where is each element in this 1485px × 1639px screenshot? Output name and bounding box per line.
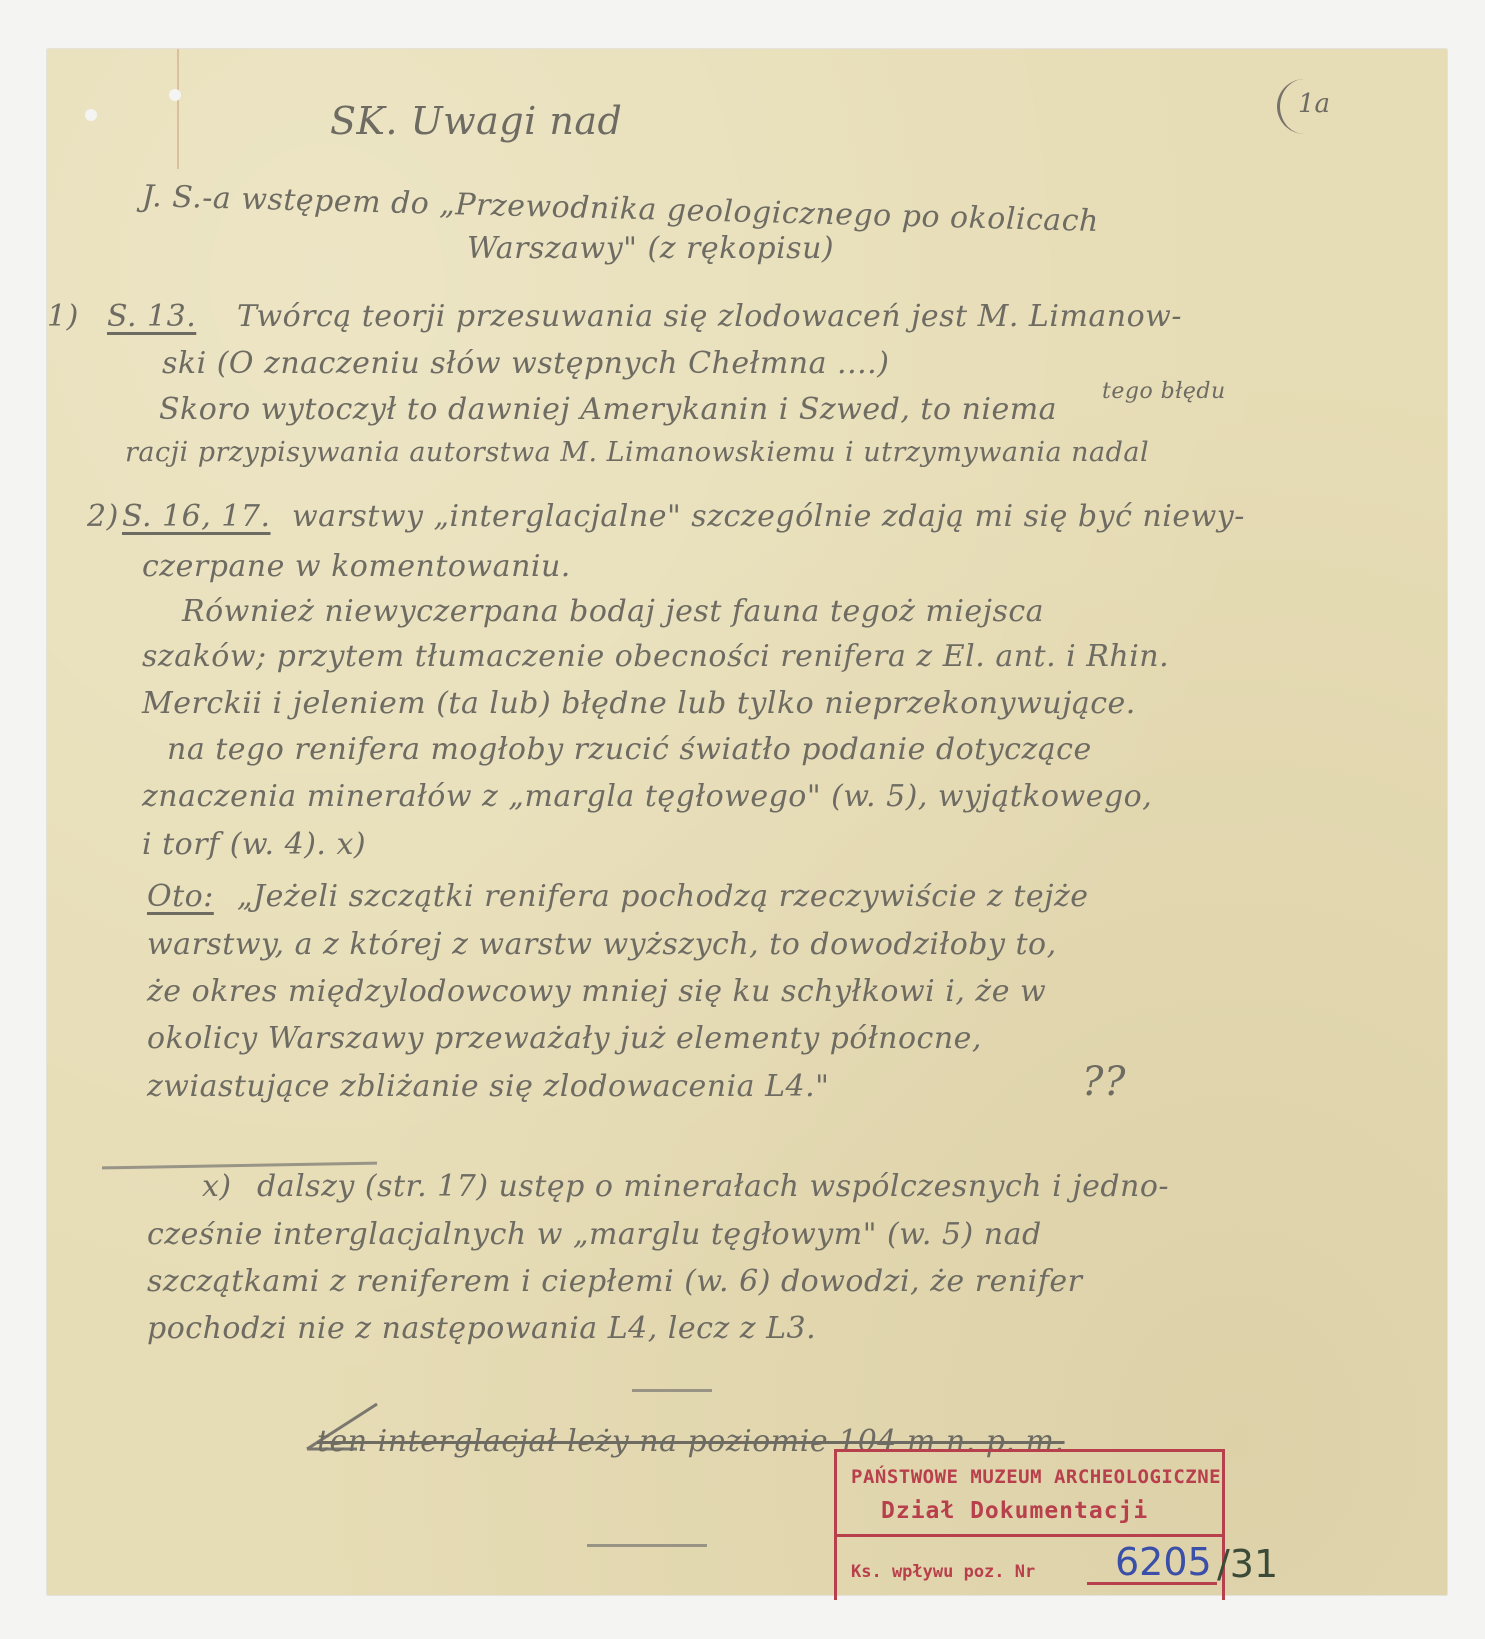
short-rule [587,1544,707,1547]
footnote-line: szczątkami z reniferem i ciepłemi (w. 6)… [147,1264,1082,1299]
title-line-1: SK. Uwagi nad [330,99,622,143]
quote-label: Oto: [147,879,214,914]
stamp-register-number: 6205 [1115,1540,1212,1584]
section-2-number: 2) [87,499,119,534]
section-2-line: Również niewyczerpana bodaj jest fauna t… [182,594,1044,629]
footnote-line: pochodzi nie z następowania L4, lecz z L… [147,1311,816,1346]
footnote-line: dalszy (str. 17) ustęp o minerałach wspó… [257,1169,1169,1204]
section-1-line: ski (O znaczeniu słów wstępnych Chełmna … [162,346,889,381]
short-rule [632,1389,712,1392]
section-1-line: racji przypisywania autorstwa M. Limanow… [125,437,1149,468]
section-2-line: na tego renifera mogłoby rzucić światło … [167,732,1092,767]
section-2-line: czerpane w komentowaniu. [142,549,571,584]
section-1-line: Skoro wytoczył to dawniej Amerykanin i S… [159,392,1057,427]
section-2-line: Merckii i jeleniem (ta lub) błędne lub t… [142,686,1136,721]
stamp-register-suffix: /31 [1217,1542,1278,1586]
section-1-number: 1) [47,299,79,334]
footnote-marker: x) [202,1169,232,1204]
section-2-line: i torf (w. 4). x) [142,827,366,862]
stamp-divider [837,1534,1222,1537]
stamp-register-label: Ks. wpływu poz. Nr [851,1562,1035,1582]
quote-line: warstwy, a z której z warstw wyższych, t… [147,927,1057,962]
footnote-line: cześnie interglacjalnych w „marglu tęgło… [147,1217,1042,1252]
section-2-line: znaczenia minerałów z „margla tęgłowego"… [142,779,1152,814]
document-page: 1a SK. Uwagi nad J. S.-a wstępem do „Prz… [47,49,1447,1595]
quote-line: okolicy Warszawy przeważały już elementy… [147,1021,982,1056]
section-2-ref: S. 16, 17. [122,499,271,534]
section-1-ref: S. 13. [107,299,196,334]
paper-hole [169,89,181,101]
section-2-line: szaków; przytem tłumaczenie obecności re… [142,639,1169,674]
title-line-3: Warszawy" (z rękopisu) [467,231,834,266]
stamp-institution: PAŃSTWOWE MUZEUM ARCHEOLOGICZNE [851,1466,1221,1488]
paper-hole [85,109,97,121]
quote-line: że okres międzylodowcowy mniej się ku sc… [147,974,1046,1009]
section-2-line: warstwy „interglacjalne" szczególnie zda… [292,499,1245,534]
section-1-insert: tego błędu [1102,379,1226,404]
quote-line: „Jeżeli szczątki renifera pochodzą rzecz… [237,879,1089,914]
page-number-marker: 1a [1277,79,1368,134]
quote-line: zwiastujące zbliżanie się zlodowacenia L… [147,1069,829,1104]
marginal-query: ?? [1082,1059,1126,1105]
museum-stamp: PAŃSTWOWE MUZEUM ARCHEOLOGICZNE Dział Do… [834,1449,1225,1600]
section-1-line: Twórcą teorji przesuwania się zlodowaceń… [237,299,1182,334]
stamp-department: Dział Dokumentacji [881,1498,1148,1524]
paper-crease [177,49,179,169]
